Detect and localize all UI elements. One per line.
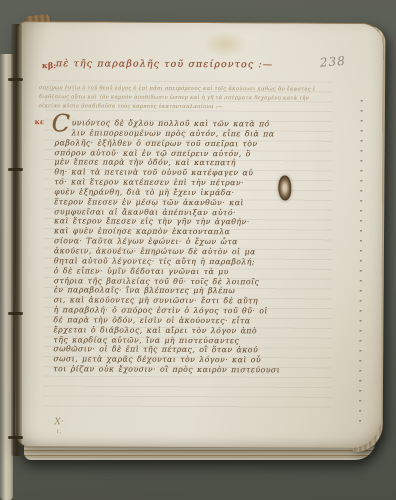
sewing-station	[8, 436, 23, 439]
ink-stain	[278, 175, 291, 200]
prick-marks	[359, 100, 363, 426]
text-line: ὁ δὲ εἶπεν· ὑμῖν δέδοται γνῶναι τὰ μυ	[54, 266, 296, 277]
sewing-station	[8, 168, 23, 171]
quire-mark: Χ· ι.	[53, 418, 65, 436]
sewing-station	[8, 312, 23, 315]
text-line: τοι ῥίζαν οὐκ ἔχουσιν· οἳ πρὸς καιρὸν πι…	[53, 364, 295, 375]
parchment-stain	[203, 31, 247, 57]
title-rubric: πὲ τῆς παραβολῆς τοῦ σπείροντος :—	[56, 58, 356, 71]
manuscript-page: 238 κβ: πὲ τῆς παραβολῆς τοῦ σπείροντος …	[15, 21, 383, 448]
quire-mark-x: Χ·	[53, 418, 65, 427]
sewing-station	[8, 78, 23, 81]
text-line: ραβολῆς· ἐξῆλθεν ὁ σπείρων τοῦ σπεῖραι τ…	[54, 138, 296, 149]
quire-mark-tail: ι.	[53, 427, 65, 436]
text-line: ἔρχεται ὁ διάβολος, καὶ αἴρει τὸν λόγον …	[53, 325, 295, 336]
gloss-line: οἰκείαν φύσιν ἀναδιδοῦσα τοὺς καρποὺς ἑκ…	[39, 102, 315, 112]
chapter-number-rubric: κβ:	[42, 60, 56, 70]
binding-gutter	[11, 24, 22, 456]
manuscript-photo: 238 κβ: πὲ τῆς παραβολῆς τοῦ σπείροντος …	[0, 0, 396, 500]
text-column: υνιόντος δὲ ὄχλου πολλοῦ καὶ τῶν κατὰ πό…	[53, 118, 296, 375]
scholion-gloss: σπείρων ἐστὶν ὁ τοῦ θεοῦ λόγος ὁ ἐπὶ πᾶσ…	[39, 84, 315, 112]
margin-rubric: κε	[35, 117, 45, 126]
